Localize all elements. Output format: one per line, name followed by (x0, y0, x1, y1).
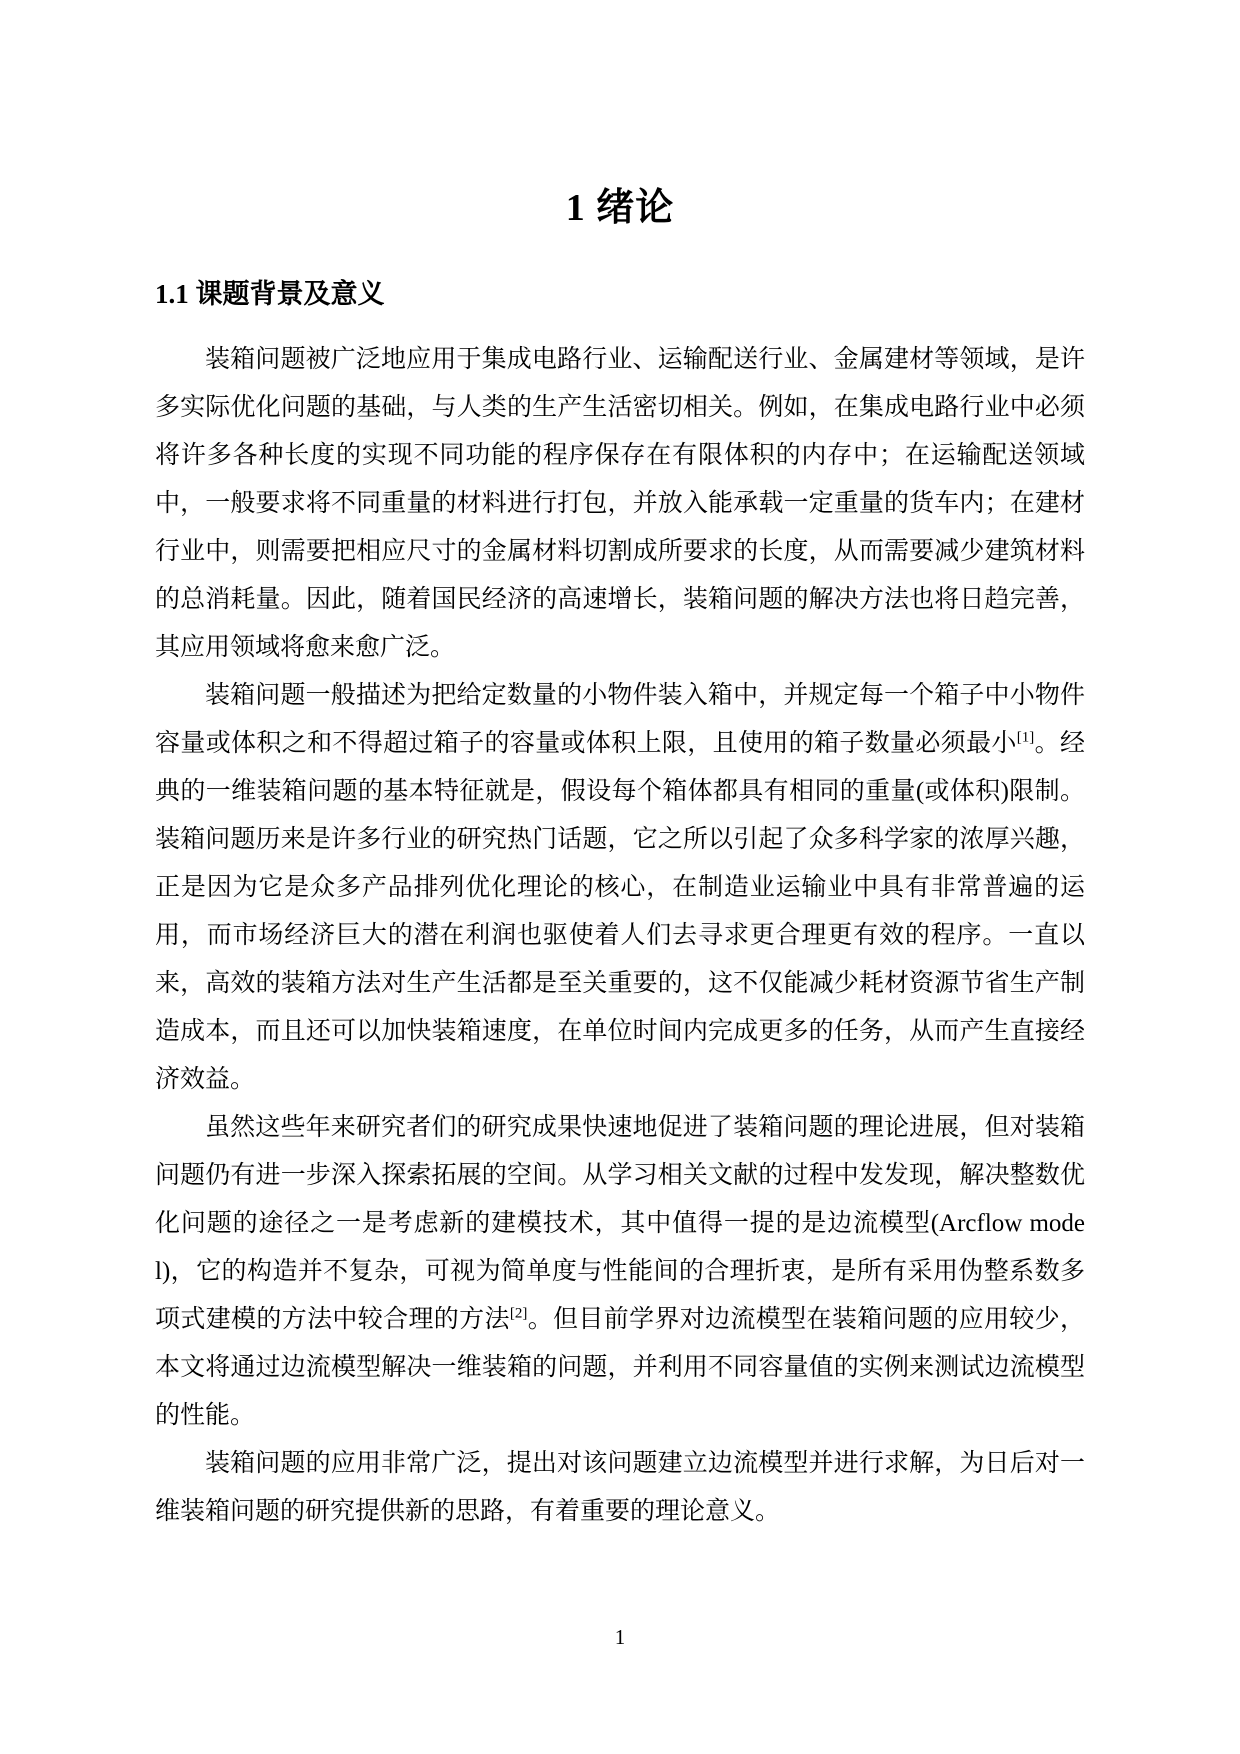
body-paragraph: 装箱问题一般描述为把给定数量的小物件装入箱中，并规定每一个箱子中小物件容量或体积… (155, 672, 1085, 1104)
citation-reference: [1] (1017, 730, 1035, 746)
chapter-title: 1 绪论 (155, 186, 1085, 230)
body-paragraph: 装箱问题的应用非常广泛，提出对该问题建立边流模型并进行求解，为日后对一维装箱问题… (155, 1440, 1085, 1536)
page-number: 1 (0, 1624, 1240, 1650)
body-paragraph: 虽然这些年来研究者们的研究成果快速地促进了装箱问题的理论进展，但对装箱问题仍有进… (155, 1104, 1085, 1440)
body-text: 装箱问题被广泛地应用于集成电路行业、运输配送行业、金属建材等领域，是许多实际优化… (155, 336, 1085, 1536)
body-paragraph: 装箱问题被广泛地应用于集成电路行业、运输配送行业、金属建材等领域，是许多实际优化… (155, 336, 1085, 672)
document-page: 1 绪论 1.1 课题背景及意义 装箱问题被广泛地应用于集成电路行业、运输配送行… (0, 0, 1240, 1754)
page-content: 1 绪论 1.1 课题背景及意义 装箱问题被广泛地应用于集成电路行业、运输配送行… (0, 186, 1240, 1536)
section-heading: 1.1 课题背景及意义 (155, 278, 1085, 310)
citation-reference: [2] (510, 1306, 528, 1322)
